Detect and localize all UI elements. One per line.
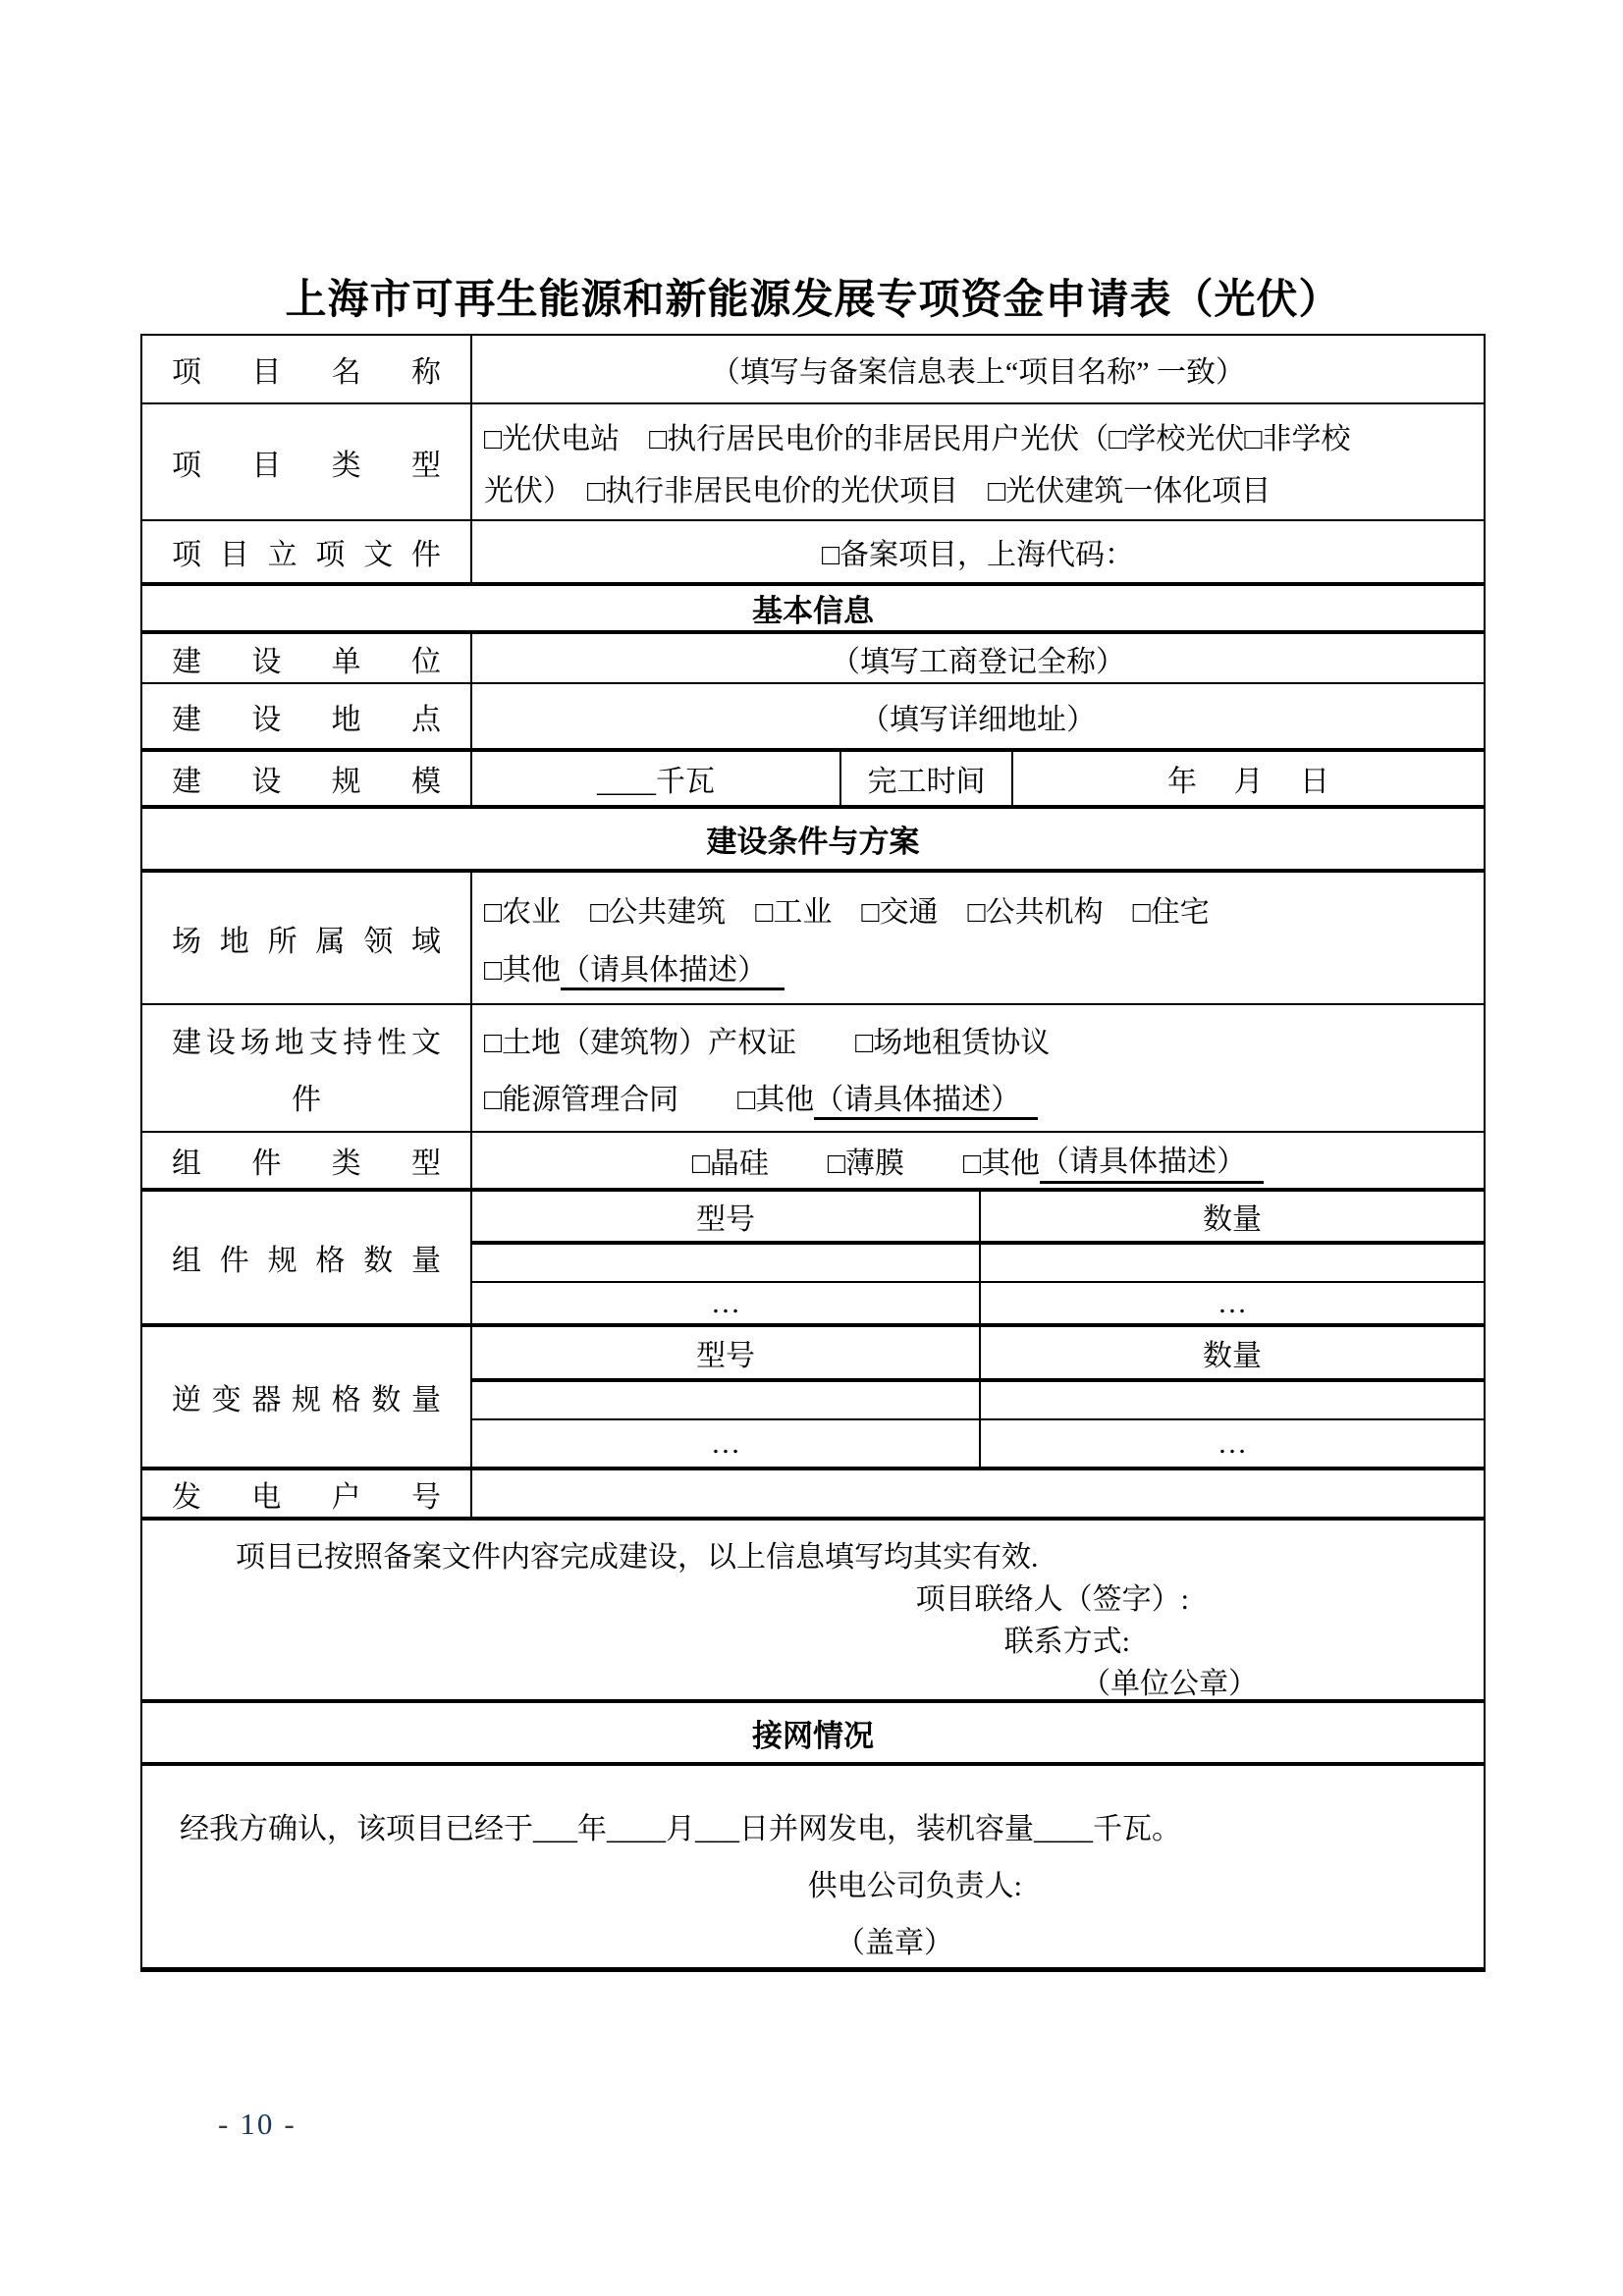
completion-time-label: 完工时间 <box>839 752 1013 805</box>
module-spec-table: 型号 数量 … … <box>472 1192 1484 1323</box>
project-name-label: 项目名称 <box>142 336 472 402</box>
site-field-options: □农业 □公共建筑 □工业 □交通 □公共机构 □住宅 □其他（请具体描述） <box>472 873 1484 1003</box>
inverter-spec-col-qty: 数量 <box>981 1327 1484 1378</box>
site-field-other: □其他（请具体描述） <box>472 945 784 988</box>
page-number-dash-right: - <box>284 2107 296 2141</box>
inverter-spec-header: 型号 数量 <box>472 1327 1484 1378</box>
grid-confirmation-statement: 经我方确认，该项目已经于___年____月___日并网发电，装机容量____千瓦… <box>142 1801 1484 1858</box>
support-docs-line2: □能源管理合同 □其他（请具体描述） <box>472 1075 1038 1118</box>
module-type-label: 组件类型 <box>142 1133 472 1188</box>
module-spec-col-qty: 数量 <box>981 1192 1484 1241</box>
construction-scale-value: ____千瓦 <box>472 752 839 805</box>
row-grid-info: 经我方确认，该项目已经于___年____月___日并网发电，装机容量____千瓦… <box>142 1762 1484 1967</box>
completion-time-value: 年 月 日 <box>1013 752 1484 805</box>
construction-site-label: 建设地点 <box>142 684 472 748</box>
project-type-line2: 光伏） □执行非居民电价的光伏项目 □光伏建筑一体化项目 <box>472 466 1271 509</box>
row-approval-doc: 项目立项文件 □备案项目，上海代码： <box>142 519 1484 582</box>
construction-scale-label: 建设规模 <box>142 752 472 805</box>
row-conditions-header: 建设条件与方案 <box>142 805 1484 869</box>
project-type-line1: □光伏电站 □执行居民电价的非居民用户光伏（□学校光伏□非学校 <box>472 414 1350 457</box>
inverter-spec-col-model: 型号 <box>472 1327 981 1378</box>
declaration-block: 项目已按照备案文件内容完成建设，以上信息填写均其实有效. 项目联络人（签字）: … <box>142 1521 1484 1699</box>
row-module-spec: 组件规格数量 型号 数量 … … <box>142 1188 1484 1323</box>
basic-info-header: 基本信息 <box>142 586 1484 630</box>
declaration-company-seal: （单位公章） <box>142 1663 1484 1705</box>
module-spec-row-dots: … … <box>472 1281 1484 1323</box>
support-docs-other-blank: （请具体描述） <box>814 1084 1038 1120</box>
grid-info-block: 经我方确认，该项目已经于___年____月___日并网发电，装机容量____千瓦… <box>142 1766 1484 1967</box>
power-account-value <box>472 1470 1484 1517</box>
support-docs-line1: □土地（建筑物）产权证 □场地租赁协议 <box>472 1018 1050 1061</box>
page-number: -10- <box>218 2107 297 2142</box>
row-construction-site: 建设地点 （填写详细地址） <box>142 682 1484 748</box>
inverter-spec-table: 型号 数量 … … <box>472 1327 1484 1467</box>
power-account-label: 发电户号 <box>142 1470 472 1517</box>
row-project-name: 项目名称 （填写与备案信息表上“项目名称” 一致） <box>142 336 1484 402</box>
support-docs-label: 建设场地支持性文件 <box>142 1005 472 1131</box>
project-type-options: □光伏电站 □执行居民电价的非居民用户光伏（□学校光伏□非学校 光伏） □执行非… <box>472 404 1484 519</box>
grid-company-manager: 供电公司负责人: <box>142 1858 1484 1915</box>
construction-unit-label: 建设单位 <box>142 634 472 682</box>
row-site-field: 场地所属领域 □农业 □公共建筑 □工业 □交通 □公共机构 □住宅 □其他（请… <box>142 869 1484 1003</box>
construction-unit-value: （填写工商登记全称） <box>472 634 1484 682</box>
row-module-type: 组件类型 □晶硅 □薄膜 □其他（请具体描述） <box>142 1131 1484 1188</box>
page-number-dash-left: - <box>218 2107 230 2141</box>
row-declaration: 项目已按照备案文件内容完成建设，以上信息填写均其实有效. 项目联络人（签字）: … <box>142 1517 1484 1699</box>
site-field-other-blank: （请具体描述） <box>561 954 784 990</box>
row-project-type: 项目类型 □光伏电站 □执行居民电价的非居民用户光伏（□学校光伏□非学校 光伏）… <box>142 402 1484 519</box>
site-field-line1: □农业 □公共建筑 □工业 □交通 □公共机构 □住宅 <box>472 887 1210 931</box>
row-construction-scale: 建设规模 ____千瓦 完工时间 年 月 日 <box>142 748 1484 805</box>
row-support-docs: 建设场地支持性文件 □土地（建筑物）产权证 □场地租赁协议 □能源管理合同 □其… <box>142 1003 1484 1131</box>
grid-company-seal: （盖章） <box>142 1915 1484 1972</box>
project-name-value: （填写与备案信息表上“项目名称” 一致） <box>472 336 1484 402</box>
site-field-label: 场地所属领域 <box>142 873 472 1003</box>
module-spec-header: 型号 数量 <box>472 1192 1484 1241</box>
application-form-table: 项目名称 （填写与备案信息表上“项目名称” 一致） 项目类型 □光伏电站 □执行… <box>140 334 1486 1972</box>
declaration-contact-sign: 项目联络人（签字）: <box>142 1578 1484 1621</box>
project-type-label: 项目类型 <box>142 404 472 519</box>
declaration-contact-info: 联系方式: <box>142 1621 1484 1663</box>
module-type-options: □晶硅 □薄膜 □其他（请具体描述） <box>472 1133 1484 1188</box>
inverter-spec-row-dots: … … <box>472 1418 1484 1467</box>
declaration-statement: 项目已按照备案文件内容完成建设，以上信息填写均其实有效. <box>142 1536 1484 1578</box>
module-spec-label: 组件规格数量 <box>142 1192 472 1323</box>
row-basic-info-header: 基本信息 <box>142 582 1484 630</box>
support-docs-options: □土地（建筑物）产权证 □场地租赁协议 □能源管理合同 □其他（请具体描述） <box>472 1005 1484 1131</box>
conditions-header: 建设条件与方案 <box>142 809 1484 869</box>
row-construction-unit: 建设单位 （填写工商登记全称） <box>142 630 1484 682</box>
row-inverter-spec: 逆变器规格数量 型号 数量 … … <box>142 1323 1484 1467</box>
approval-doc-value: □备案项目，上海代码： <box>472 521 1484 582</box>
page-title: 上海市可再生能源和新能源发展专项资金申请表（光伏） <box>140 267 1486 326</box>
row-grid-header: 接网情况 <box>142 1699 1484 1762</box>
row-power-account: 发电户号 <box>142 1467 1484 1517</box>
grid-header: 接网情况 <box>142 1703 1484 1762</box>
module-spec-row-empty <box>472 1241 1484 1281</box>
approval-doc-label: 项目立项文件 <box>142 521 472 582</box>
module-spec-col-model: 型号 <box>472 1192 981 1241</box>
module-type-other-blank: （请具体描述） <box>1040 1137 1264 1184</box>
page-number-value: 10 <box>230 2107 284 2141</box>
inverter-spec-row-empty <box>472 1378 1484 1418</box>
construction-site-value: （填写详细地址） <box>472 684 1484 748</box>
inverter-spec-label: 逆变器规格数量 <box>142 1327 472 1467</box>
